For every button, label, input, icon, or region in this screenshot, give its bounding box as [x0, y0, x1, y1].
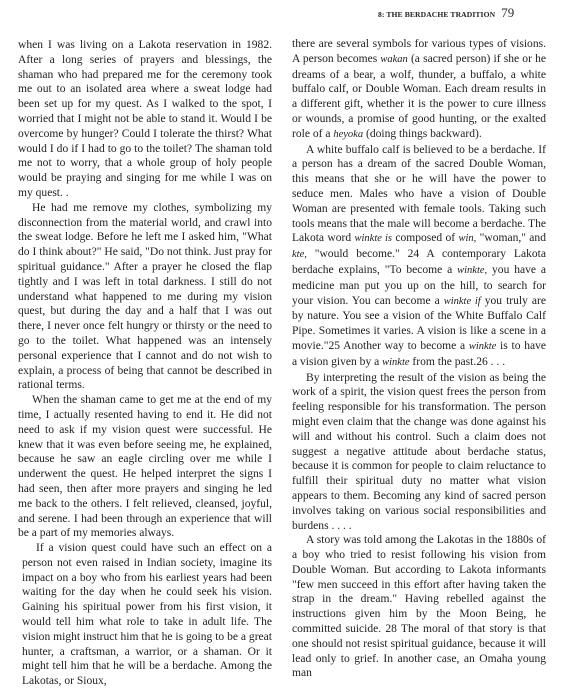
paragraph: By interpreting the result of the vision…: [292, 371, 546, 534]
text-run: composed of: [392, 232, 459, 244]
page-number: 79: [501, 5, 514, 20]
paragraph: When the shaman came to get me at the en…: [18, 393, 272, 541]
text-run: from the past.26 . . .: [410, 356, 506, 368]
term-heyoka: heyoka: [333, 129, 363, 140]
term-winkte: winkte if: [444, 296, 481, 307]
text-run: A white buffalo calf is believed to be a…: [292, 144, 546, 245]
running-title: 8: THE BERDACHE TRADITION: [378, 10, 495, 19]
term-kte: kte,: [292, 249, 307, 260]
paragraph: A story was told among the Lakotas in th…: [292, 533, 546, 681]
text-run: (doing things backward).: [363, 128, 482, 140]
running-header: 8: THE BERDACHE TRADITION 79: [378, 4, 568, 22]
paragraph: there are several symbols for various ty…: [292, 37, 546, 143]
term-winkte: winkte: [469, 341, 496, 352]
left-column: when I was living on a Lakota reservatio…: [18, 38, 272, 689]
term-win: win,: [459, 233, 477, 244]
paragraph: He had me remove my clothes, symbolizing…: [18, 201, 272, 393]
term-winkte: winkte is: [355, 233, 393, 244]
paragraph: A white buffalo calf is believed to be a…: [292, 143, 546, 371]
term-winkte: winkte,: [457, 265, 487, 276]
text-run: "woman," and: [476, 232, 546, 244]
text-run: (a sacred person) if she or he dreams of…: [292, 53, 546, 140]
term-wakan: wakan: [380, 54, 407, 65]
paragraph: when I was living on a Lakota reservatio…: [18, 38, 272, 201]
paragraph: If a vision quest could have such an eff…: [18, 541, 272, 689]
right-column: there are several symbols for various ty…: [292, 38, 546, 681]
term-winkte: winkte: [382, 357, 409, 368]
